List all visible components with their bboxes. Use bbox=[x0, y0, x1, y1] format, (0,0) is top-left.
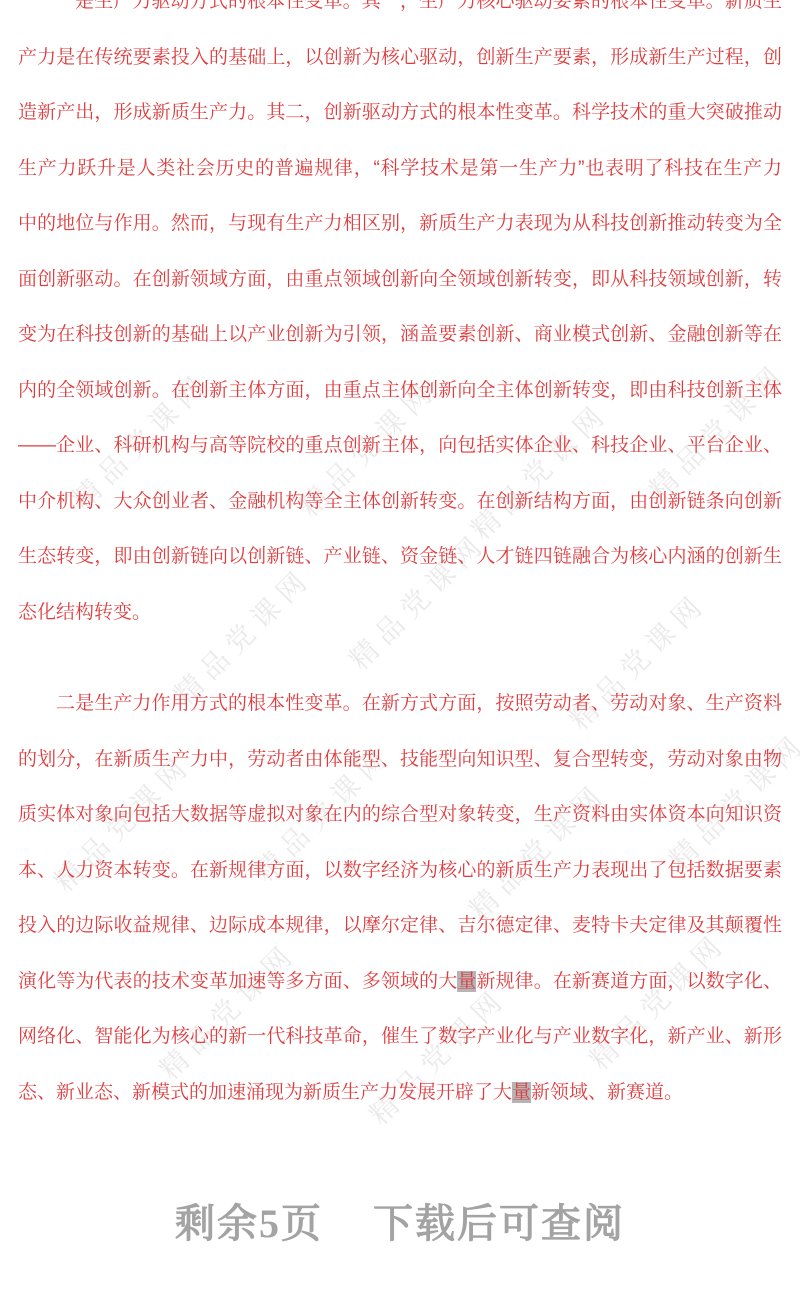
text-line: 中的地位与作用。然而，与现有生产力相区别，新质生产力表现为从科技创新推动转变为全 bbox=[18, 196, 782, 252]
text-line: 态化结构转变。 bbox=[18, 585, 782, 641]
text-line: 一是生产力驱动方式的根本性变革。其一，生产力核心驱动要素的根本性变革。新质生 bbox=[18, 0, 782, 30]
text-line: 演化等为代表的技术变革加速等多方面、多领域的大量新规律。在新赛道方面，以数字化、 bbox=[18, 954, 782, 1010]
text-line: 造新产出，形成新质生产力。其二，创新驱动方式的根本性变革。科学技术的重大突破推动 bbox=[18, 85, 782, 141]
text-line: 态、新业态、新模式的加速涌现为新质生产力发展开辟了大量新领域、新赛道。 bbox=[18, 1065, 782, 1121]
text-line: 二是生产力作用方式的根本性变革。在新方式方面，按照劳动者、劳动对象、生产资料 bbox=[18, 676, 782, 732]
document-paragraph-1: 一是生产力驱动方式的根本性变革。其一，生产力核心驱动要素的根本性变革。新质生 产… bbox=[18, 0, 782, 640]
text-segment: 态、新业态、新模式的加速涌现为新质生产力发展开辟了大 bbox=[18, 1082, 512, 1103]
text-line: 中介机构、大众创业者、金融机构等全主体创新转变。在创新结构方面，由创新链条向创新 bbox=[18, 474, 782, 530]
highlighted-character: 量 bbox=[512, 1082, 531, 1103]
document-paragraph-2: 二是生产力作用方式的根本性变革。在新方式方面，按照劳动者、劳动对象、生产资料 的… bbox=[18, 676, 782, 1120]
text-line: 面创新驱动。在创新领域方面，由重点领域创新向全领域创新转变，即从科技领域创新，转 bbox=[18, 252, 782, 308]
text-line: 内的全领域创新。在创新主体方面，由重点主体创新向全主体创新转变，即由科技创新主体 bbox=[18, 363, 782, 419]
text-line: ——企业、科研机构与高等院校的重点创新主体，向包括实体企业、科技企业、平台企业、 bbox=[18, 418, 782, 474]
text-line: 本、人力资本转变。在新规律方面，以数字经济为核心的新质生产力表现出了包括数据要素 bbox=[18, 843, 782, 899]
text-segment: 新领域、新赛道。 bbox=[531, 1082, 683, 1103]
text-line: 质实体对象向包括大数据等虚拟对象在内的综合型对象转变，生产资料由实体资本向知识资 bbox=[18, 787, 782, 843]
download-hint-label: 下载后可查阅 bbox=[373, 1201, 625, 1246]
text-segment: 新规律。在新赛道方面，以数字化、 bbox=[476, 971, 782, 992]
text-line: 产力是在传统要素投入的基础上，以创新为核心驱动，创新生产要素，形成新生产过程，创 bbox=[18, 30, 782, 86]
text-line: 生产力跃升是人类社会历史的普遍规律，“科学技术是第一生产力”也表明了科技在生产力 bbox=[18, 141, 782, 197]
remaining-pages-label: 剩余5页 bbox=[175, 1201, 323, 1246]
text-line: 的划分，在新质生产力中，劳动者由体能型、技能型向知识型、复合型转变，劳动对象由物 bbox=[18, 732, 782, 788]
text-line: 网络化、智能化为核心的新一代科技革命，催生了数字产业化与产业数字化，新产业、新形 bbox=[18, 1009, 782, 1065]
preview-footer-banner: 剩余5页下载后可查阅 bbox=[0, 1200, 800, 1248]
text-line: 生态转变，即由创新链向以创新链、产业链、资金链、人才链四链融合为核心内涵的创新生 bbox=[18, 529, 782, 585]
highlighted-character: 量 bbox=[457, 971, 476, 992]
text-segment: 演化等为代表的技术变革加速等多方面、多领域的大 bbox=[18, 971, 457, 992]
text-line: 投入的边际收益规律、边际成本规律，以摩尔定律、吉尔德定律、麦特卡夫定律及其颠覆性 bbox=[18, 898, 782, 954]
text-line: 变为在科技创新的基础上以产业创新为引领，涵盖要素创新、商业模式创新、金融创新等在 bbox=[18, 307, 782, 363]
